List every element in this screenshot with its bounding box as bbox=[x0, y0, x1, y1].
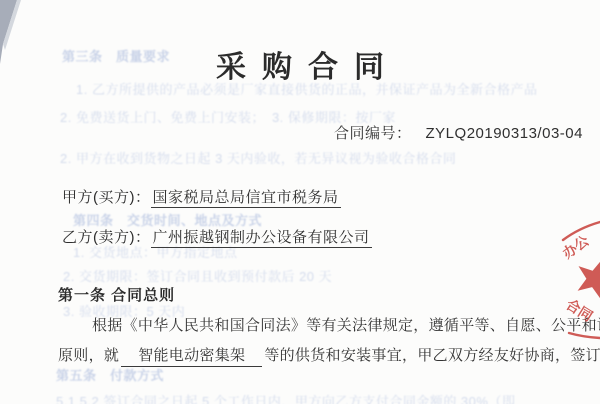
party-a-line: 甲方(买方)：国家税局总局信宜市税务局 bbox=[62, 186, 341, 207]
paragraph-suffix: 等的供货和安装事宜，甲乙双方经友好协商，签订本合同。 bbox=[264, 347, 600, 364]
seal-star-icon bbox=[578, 259, 600, 299]
party-a-label: 甲方(买方)： bbox=[62, 189, 151, 206]
body-paragraph-line2: 原则，就智能电动密集架等的供货和安装事宜，甲乙双方经友好协商，签订本合同。 bbox=[58, 344, 600, 367]
contract-number-label: 合同编号： bbox=[334, 125, 412, 142]
scanned-contract-page: 第三条 质量要求 1. 乙方所提供的产品必须是厂家直接供货的正品，并保证产品为全… bbox=[0, 0, 600, 404]
contract-number-value: ZYLQ20190313/03-04 bbox=[426, 125, 583, 142]
red-seal-stamp: 办公 合同 bbox=[545, 193, 600, 343]
party-b-value: 广州振越钢制办公设备有限公司 bbox=[151, 229, 372, 248]
contract-number-line: 合同编号：ZYLQ20190313/03-04 bbox=[334, 122, 583, 143]
article1-heading: 第一条 合同总则 bbox=[58, 284, 175, 305]
body-paragraph-line1: 根据《中华人民共和国合同法》等有关法律规定，遵循平等、自愿、公平和诚实信用的 bbox=[92, 314, 600, 335]
document-title: 采购合同 bbox=[0, 42, 600, 86]
party-b-line: 乙方(卖方)：广州振越钢制办公设备有限公司 bbox=[62, 226, 372, 247]
ghost-line: 5.1 5.2 签订合同之日起 5 个工作日内，甲方向乙方支付合同金额的 30%… bbox=[56, 391, 515, 404]
ghost-line: 2. 交货期限：签订合同且收到预付款后 20 天 bbox=[63, 266, 332, 285]
seal-bottom-text: 合同 bbox=[563, 296, 595, 324]
paragraph-prefix: 原则，就 bbox=[58, 347, 119, 364]
fill-in-blank-value: 智能电动密集架 bbox=[121, 344, 262, 367]
ghost-line: 第五条 付款方式 bbox=[56, 365, 164, 384]
ghost-line: 2. 甲方在收到货物之日起 3 天内验收，若无异议视为验收合格合同 bbox=[60, 148, 456, 167]
seal-top-text: 办公 bbox=[560, 232, 593, 262]
party-a-value: 国家税局总局信宜市税务局 bbox=[151, 189, 341, 208]
seal-ring-bottom-arc bbox=[569, 333, 600, 338]
party-b-label: 乙方(卖方)： bbox=[62, 229, 151, 246]
